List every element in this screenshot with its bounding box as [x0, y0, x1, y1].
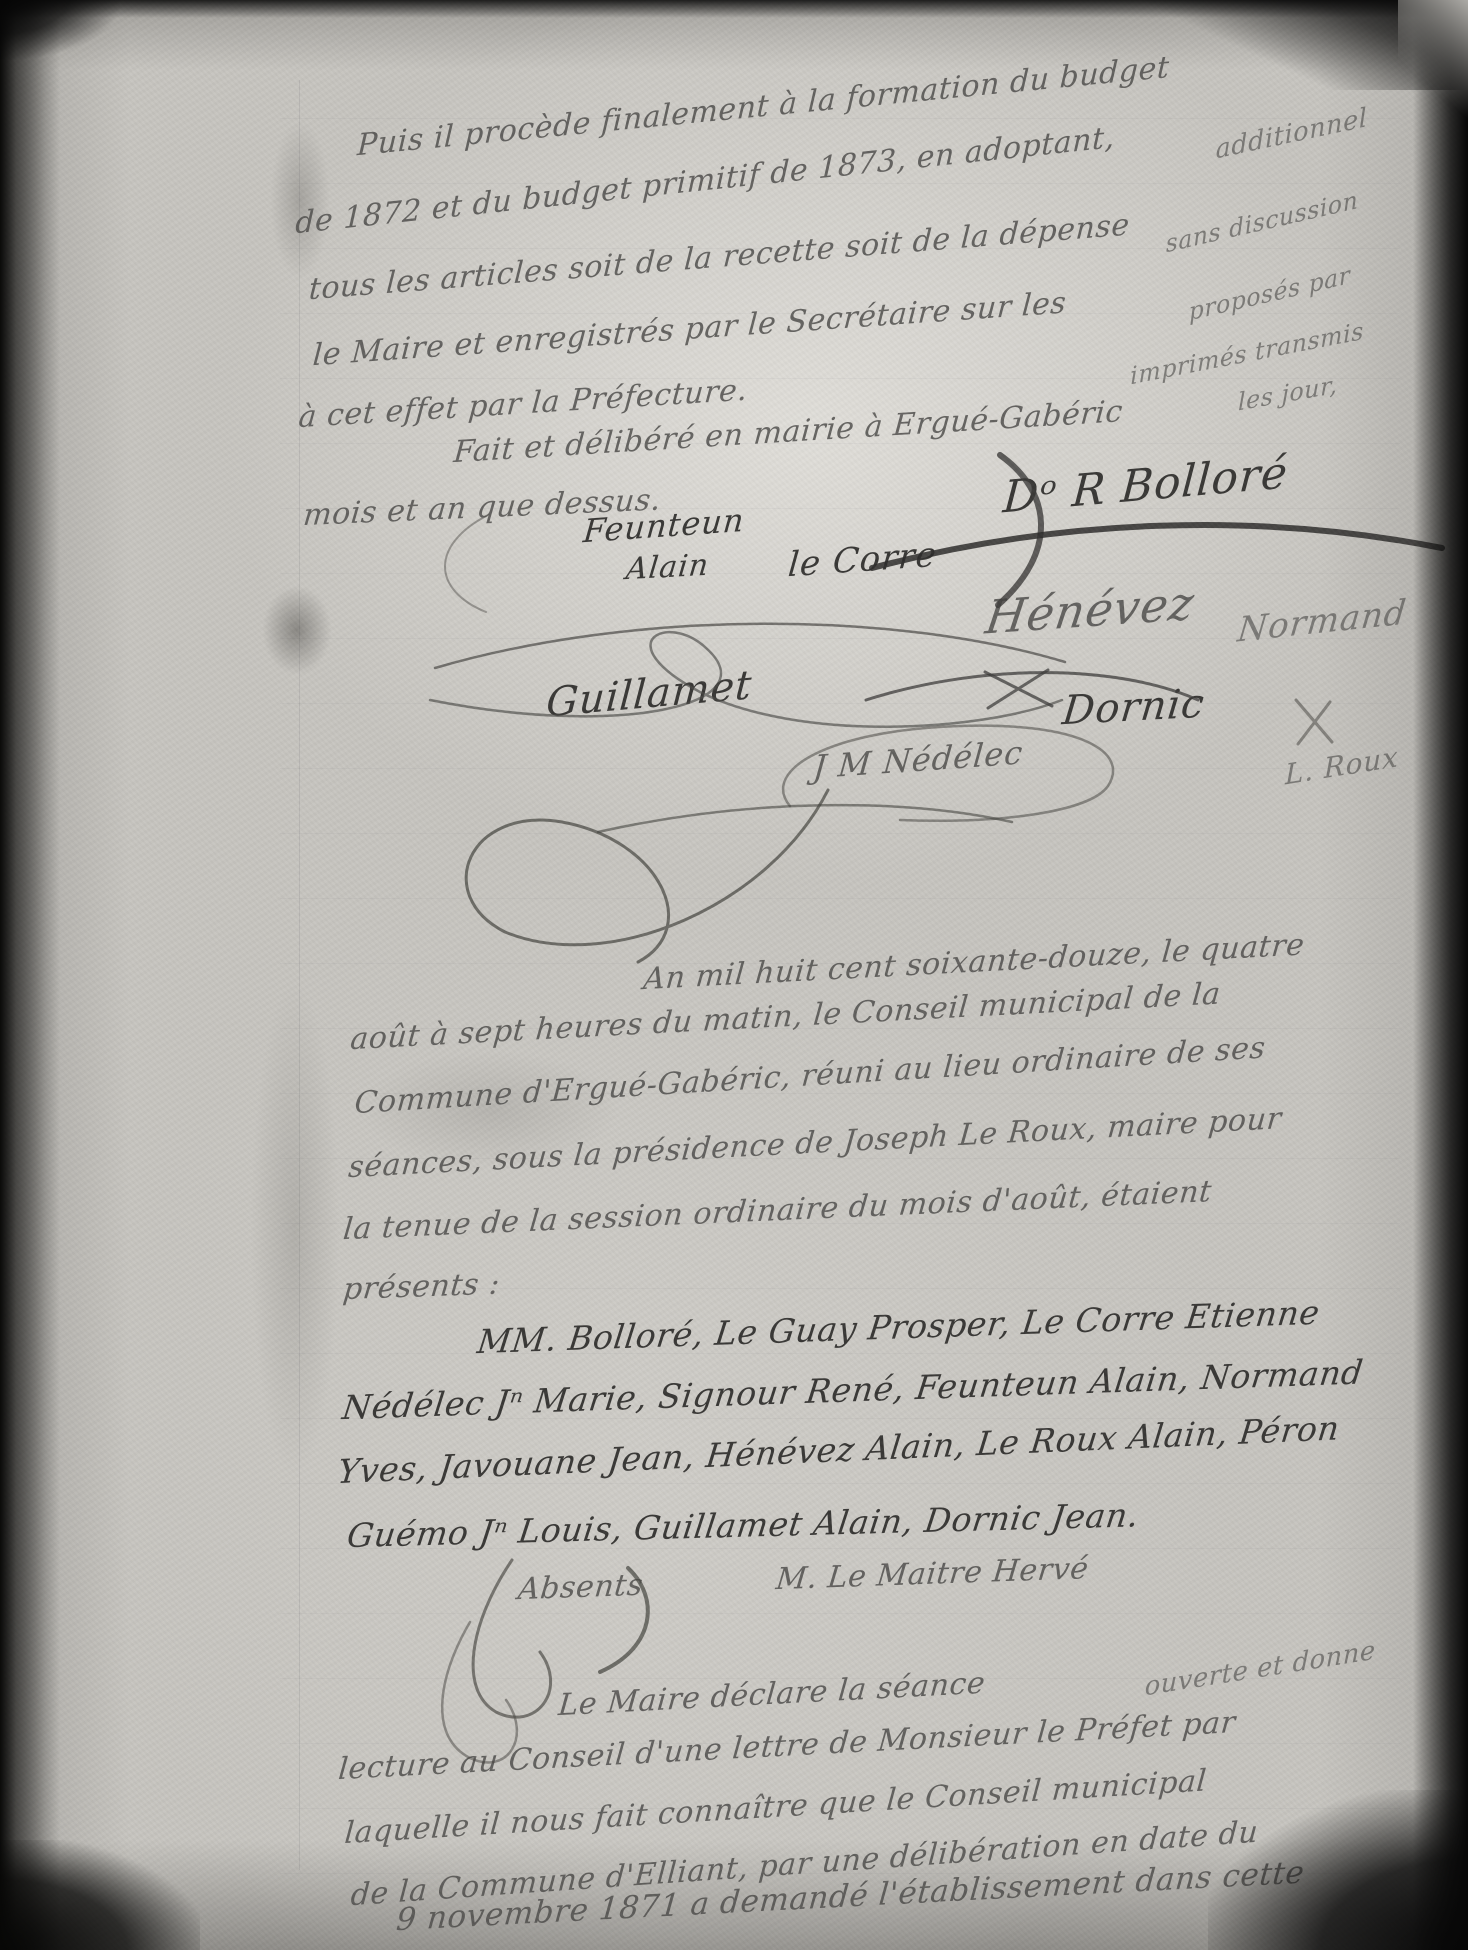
signature-dornic: Dornic — [1060, 681, 1207, 735]
manuscript-photo: Puis il procède finalement à la formatio… — [0, 0, 1468, 1950]
attendees-line-1: MM. Bolloré, Le Guay Prosper, Le Corre E… — [475, 1293, 1322, 1362]
signature-nedelec: J M Nédélec — [812, 733, 1025, 786]
cross-stroke-icon — [985, 670, 1052, 708]
intro-margin-proposes-par: proposés par — [1188, 261, 1351, 327]
signature-guillamet: Guillamet — [545, 662, 754, 726]
grand-swash-icon — [466, 790, 828, 962]
signature-bollore: Dᵒ R Bolloré — [1001, 447, 1289, 523]
absents-name: M. Le Maitre Hervé — [774, 1551, 1090, 1597]
signature-henevez: Hénévez — [982, 575, 1198, 644]
book-edge-left — [0, 0, 60, 1950]
margin-rule — [299, 80, 300, 1870]
session-line-6: présents : — [341, 1267, 501, 1308]
paper-stain — [270, 120, 330, 280]
circle-flourish-icon — [445, 515, 488, 612]
signature-lecorre: le Corre — [786, 535, 938, 586]
underline-flourish-icon — [872, 525, 1442, 568]
grand-swash-icon — [598, 805, 1012, 832]
closing-line-1: Le Maire déclare la séance — [557, 1666, 987, 1724]
ink-smudge — [262, 585, 332, 675]
signature-normand: Normand — [1236, 592, 1409, 650]
intro-margin-les-jour: les jour, — [1238, 370, 1338, 416]
book-corner-bottom-right — [1208, 1790, 1468, 1950]
closing-margin-ouverte: ouverte et donne — [1144, 1635, 1376, 1702]
intro-margin-additionnel: additionnel — [1215, 103, 1368, 166]
paper-stain — [250, 980, 340, 1480]
page-corner-underneath — [1398, 0, 1468, 140]
signature-feunteun-line2: Alain — [624, 548, 711, 588]
intro-margin-sans-discussion: sans discussion — [1165, 186, 1359, 259]
book-corner-top-left — [0, 0, 120, 60]
intro-line-4: le Maire et enregistrés par le Secrétair… — [312, 285, 1068, 373]
leroux-cross-icon — [1296, 700, 1332, 744]
attendees-line-4: Guémo Jⁿ Louis, Guillamet Alain, Dornic … — [345, 1495, 1142, 1555]
descender-loop-icon — [442, 1622, 517, 1762]
book-edge-right — [1413, 0, 1468, 1950]
absents-label: Absents — [516, 1568, 645, 1608]
signature-leroux: L. Roux — [1285, 740, 1399, 791]
session-line-5: la tenue de la session ordinaire du mois… — [342, 1174, 1214, 1247]
book-corner-bottom-left — [0, 1840, 200, 1950]
session-line-4: séances, sous la présidence de Joseph Le… — [347, 1101, 1283, 1185]
